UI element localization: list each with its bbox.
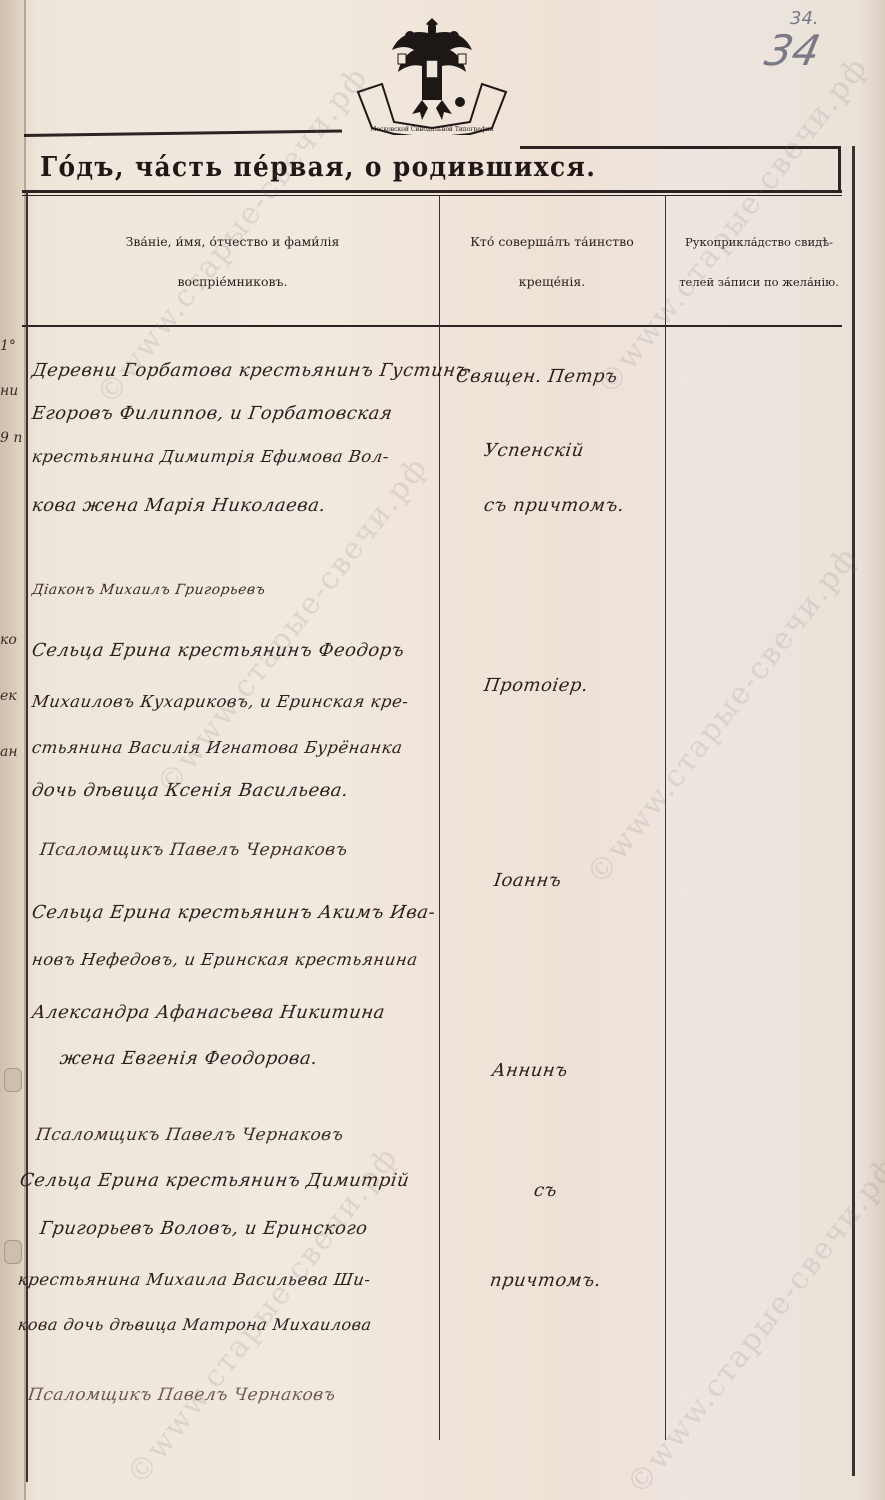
column-divider-2 (665, 196, 666, 1440)
entry-1-godparents-line-4: кова жена Марія Николаева. (31, 495, 328, 516)
entry-4-officiant-line-1: съ (533, 1180, 559, 1201)
entry-2-godparents-line-1: Сельца Ерина крестьянинъ Феодоръ (31, 640, 406, 661)
entry-1-godparents-line-3: крестьянина Димитрія Ефимова Вол- (31, 447, 391, 466)
table-right-border (852, 146, 855, 1476)
svg-text:Московской Синодальной Типогра: Московской Синодальной Типографии (370, 126, 493, 133)
binding-stitch (4, 1240, 22, 1264)
entry-3-godparents-line-4: жена Евгенія Феодорова. (59, 1048, 319, 1069)
right-border-top (838, 146, 841, 192)
page-title: Го́дъ, ча́сть пе́рвая, о родившихся. (40, 152, 596, 183)
entry-4-godparents-line-3: крестьянина Михаила Васильева Ши- (17, 1270, 372, 1289)
entry-1-officiant-line-3: съ причтомъ. (483, 495, 626, 516)
watermark: ©www.старые-свечи.рф (620, 1150, 885, 1500)
entry-3-signature: Псаломщикъ Павелъ Чернаковъ (35, 1125, 345, 1145)
page-number-large: 34 (761, 26, 825, 75)
column-header-officiant: Кто́ соверша́лъ та́инство креще́нія. (441, 222, 663, 302)
entry-1-officiant-line-2: Успенскій (483, 440, 586, 461)
entry-3-godparents-line-2: новъ Нефедовъ, и Еринская крестьянина (31, 950, 419, 969)
margin-fragment: ек (0, 688, 17, 704)
entry-3-officiant-line-2: Аннинъ (491, 1060, 570, 1081)
entry-4-godparents-line-4: кова дочь дѣвица Матрона Михаилова (17, 1315, 373, 1334)
entry-1-godparents-line-2: Егоровъ Филиппов, и Горбатовская (31, 403, 394, 424)
header-top-rule (22, 190, 842, 193)
entry-3-officiant-line-1: Іоаннъ (493, 870, 563, 891)
watermark: ©www.старые-свечи.рф (580, 540, 865, 892)
entry-2-signature: Псаломщикъ Павелъ Чернаковъ (39, 840, 349, 860)
entry-2-officiant: Протоіер. (483, 675, 590, 696)
header-top-rule-thin (22, 195, 842, 196)
margin-fragment: ни (0, 383, 18, 399)
entry-3-godparents-line-1: Сельца Ерина крестьянинъ Акимъ Ива- (31, 902, 437, 923)
double-headed-eagle-emblem: Московской Синодальной Типографии (352, 10, 512, 135)
margin-fragment: 1° (0, 338, 16, 354)
entry-1-signature: Діаконъ Михаилъ Григорьевъ (31, 582, 267, 598)
entry-4-officiant-line-2: причтомъ. (489, 1270, 603, 1291)
column-divider-1 (439, 196, 440, 1440)
margin-fragment: ко (0, 632, 17, 648)
margin-fragment: 9 п (0, 430, 22, 446)
margin-fragment: ан (0, 744, 18, 760)
entry-1-godparents-line-1: Деревни Горбатова крестьянинъ Густинъ (31, 360, 470, 381)
entry-3-godparents-line-3: Александра Афанасьева Никитина (31, 1002, 387, 1023)
binding-stitch (4, 1068, 22, 1092)
